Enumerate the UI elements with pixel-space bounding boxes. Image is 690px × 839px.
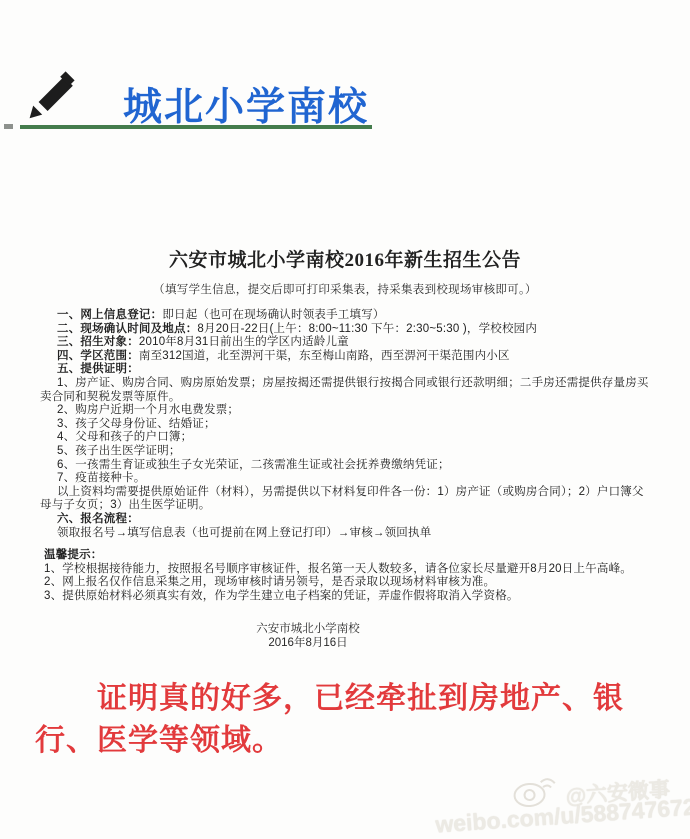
notice-tips: 温馨提示： 1、学校根据接待能力，按照报名号顺序审核证件，报名第一天人数较多，请… [0, 549, 690, 603]
header: 城北小学南校 [0, 0, 690, 140]
doc-paragraph: 四、学区范围：南至312国道，北至淠河干渠，东至梅山南路，西至淠河干渠范围内小区 [40, 350, 654, 364]
signature-name: 六安市城北小学南校 [248, 623, 368, 637]
watermark-url: weibo.com/u/5887476723 [434, 793, 690, 839]
tips-heading: 温馨提示： [42, 549, 654, 563]
doc-paragraph: 2、购房户近期一个月水电费发票； [40, 404, 654, 418]
doc-paragraph: 三、招生对象：2010年8月31日前出生的学区内适龄儿童 [40, 336, 654, 350]
doc-paragraph: 二、现场确认时间及地点：8月20日-22日(上午：8:00~11:30 下午：2… [40, 323, 654, 337]
notice-subtitle: （填写学生信息，提交后即可打印采集表，持采集表到校现场审核即可。） [0, 281, 690, 297]
doc-paragraph: 3、孩子父母身份证、结婚证； [40, 418, 654, 432]
doc-paragraph: 7、疫苗接种卡。 [40, 472, 654, 486]
edge-tick [4, 124, 13, 129]
signature-date: 2016年8月16日 [248, 637, 368, 651]
doc-paragraph: 6、一孩需生育证或独生子女光荣证，二孩需准生证或社会抚养费缴纳凭证； [40, 459, 654, 473]
doc-paragraph: 5、孩子出生医学证明； [40, 445, 654, 459]
doc-paragraph: 领取报名号→填写信息表（也可提前在网上登记打印）→审核→领回执单 [40, 527, 654, 541]
tip-line: 3、提供原始材料必须真实有效，作为学生建立电子档案的凭证，弄虚作假将取消入学资格… [42, 590, 654, 604]
doc-paragraph: 一、网上信息登记：即日起（也可在现场确认时领表手工填写） [40, 309, 654, 323]
notice-title: 六安市城北小学南校2016年新生招生公告 [0, 245, 690, 272]
doc-paragraph: 六、报名流程： [40, 513, 654, 527]
title-underline [20, 125, 372, 129]
doc-paragraph: 1、房产证、购房合同、购房原始发票；房屋按揭还需提供银行按揭合同或银行还款明细；… [40, 377, 654, 404]
pencil-icon [26, 64, 80, 122]
doc-paragraph: 4、父母和孩子的户口簿； [40, 431, 654, 445]
notice-document: 六安市城北小学南校2016年新生招生公告 （填写学生信息，提交后即可打印采集表，… [0, 245, 690, 650]
commentary-text: 证明真的好多，已经牵扯到房地产、银行、医学等领域。 [35, 678, 627, 762]
doc-paragraph: 五、提供证明： [40, 363, 654, 377]
notice-body: 一、网上信息登记：即日起（也可在现场确认时领表手工填写）二、现场确认时间及地点：… [0, 309, 690, 540]
signature-block: 六安市城北小学南校 2016年8月16日 [248, 623, 368, 650]
doc-paragraph: 以上资料均需要提供原始证件（材料），另需提供以下材料复印件各一份：1）房产证（或… [40, 486, 654, 513]
page: 城北小学南校 六安市城北小学南校2016年新生招生公告 （填写学生信息，提交后即… [0, 0, 690, 839]
watermark: @六安微事 weibo.com/u/5887476723 [426, 754, 690, 839]
page-title: 城北小学南校 [123, 76, 369, 132]
tip-line: 1、学校根据接待能力，按照报名号顺序审核证件，报名第一天人数较多，请各位家长尽量… [42, 563, 654, 577]
tip-line: 2、网上报名仅作信息采集之用，现场审核时请另领号，是否录取以现场材料审核为准。 [42, 576, 654, 590]
